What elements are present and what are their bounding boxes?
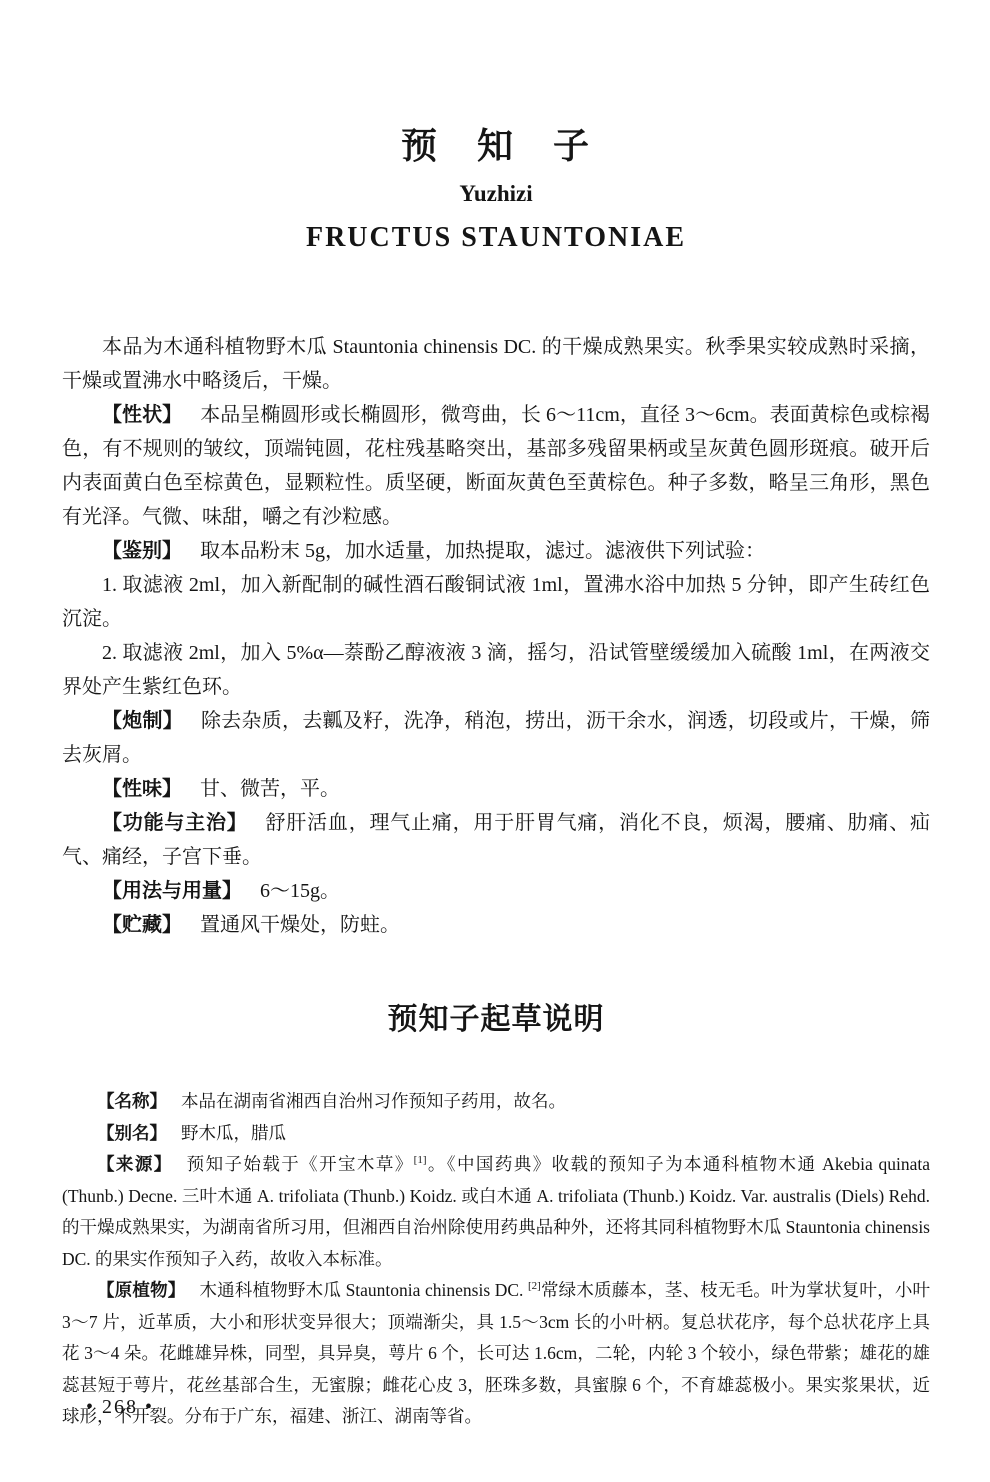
reference-superscript-1: [1] bbox=[414, 1154, 427, 1166]
section-label-xingwei: 【性味】 bbox=[102, 778, 182, 800]
para-gongneng: 【功能与主治】舒肝活血，理气止痛，用于肝胃气痛，消化不良，烦渴，腰痛、肋痛、疝气… bbox=[62, 806, 930, 874]
para-jianbie-item-1: 1. 取滤液 2ml，加入新配制的碱性酒石酸铜试液 1ml，置沸水浴中加热 5 … bbox=[62, 568, 930, 636]
section-label-paozhi: 【炮制】 bbox=[102, 710, 183, 732]
para-intro: 本品为木通科植物野木瓜 Stauntonia chinensis DC. 的干燥… bbox=[62, 330, 930, 398]
laiyuan-text-pre: 预知子始载于《开宝木草》 bbox=[187, 1154, 414, 1174]
section-label-bieming: 【别名】 bbox=[97, 1123, 167, 1143]
section-text-bieming: 野木瓜，腊瓜 bbox=[181, 1123, 286, 1143]
draft-notes-heading: 预知子起草说明 bbox=[62, 994, 930, 1038]
title-latin: FRUCTUS STAUNTONIAE bbox=[62, 222, 930, 254]
para-jianbie: 【鉴别】取本品粉末 5g，加水适量，加热提取，滤过。滤液供下列试验： bbox=[62, 534, 930, 568]
monograph-body: 本品为木通科植物野木瓜 Stauntonia chinensis DC. 的干燥… bbox=[62, 330, 930, 942]
section-label-gongneng: 【功能与主治】 bbox=[102, 812, 248, 834]
section-text-xingzhuang: 本品呈椭圆形或长椭圆形，微弯曲，长 6～11cm，直径 3～6cm。表面黄棕色或… bbox=[62, 404, 930, 528]
para-paozhi: 【炮制】除去杂质，去瓤及籽，洗净，稍泡，捞出，沥干余水，润透，切段或片，干燥，筛… bbox=[62, 704, 930, 772]
yuanzhiwu-text-post: 常绿木质藤本，茎、枝无毛。叶为掌状复叶，小叶 3～7 片，近革质，大小和形状变异… bbox=[62, 1280, 930, 1426]
para-xingwei: 【性味】甘、微苦，平。 bbox=[62, 772, 930, 806]
reference-superscript-2: [2] bbox=[528, 1280, 541, 1292]
section-text-xingwei: 甘、微苦，平。 bbox=[200, 778, 340, 800]
page-number: • 268 • bbox=[86, 1396, 154, 1419]
section-text-yongfa: 6～15g。 bbox=[260, 880, 340, 902]
section-label-xingzhuang: 【性状】 bbox=[102, 404, 182, 426]
page-title: 预 知 子 bbox=[62, 118, 930, 169]
section-text-jianbie: 取本品粉末 5g，加水适量，加热提取，滤过。滤液供下列试验： bbox=[200, 540, 765, 562]
section-text-paozhi: 除去杂质，去瓤及籽，洗净，稍泡，捞出，沥干余水，润透，切段或片，干燥，筛去灰屑。 bbox=[62, 710, 930, 766]
yuanzhiwu-text-pre: 木通科植物野木瓜 Stauntonia chinensis DC. bbox=[199, 1280, 527, 1300]
section-text-mingcheng: 本品在湖南省湘西自治州习作预知子药用，故名。 bbox=[181, 1091, 566, 1111]
section-label-laiyuan: 【来源】 bbox=[97, 1154, 173, 1174]
jianbie-item-2-text: 2. 取滤液 2ml，加入 5%α—萘酚乙醇液液 3 滴，摇匀，沿试管壁缓缓加入… bbox=[62, 642, 930, 698]
pharmacopoeia-page: 预 知 子 Yuzhizi FRUCTUS STAUNTONIAE 本品为木通科… bbox=[0, 0, 990, 1482]
para-laiyuan: 【来源】预知子始载于《开宝木草》[1]。《中国药典》收载的预知子为本通科植物木通… bbox=[62, 1149, 930, 1275]
section-text-zhucang: 置通风干燥处，防蛀。 bbox=[200, 914, 400, 936]
section-label-mingcheng: 【名称】 bbox=[97, 1091, 167, 1111]
para-yuanzhiwu: 【原植物】木通科植物野木瓜 Stauntonia chinensis DC. [… bbox=[62, 1275, 930, 1433]
section-label-zhucang: 【贮藏】 bbox=[102, 914, 182, 936]
draft-notes-body: 【名称】本品在湖南省湘西自治州习作预知子药用，故名。 【别名】野木瓜，腊瓜 【来… bbox=[62, 1086, 930, 1433]
section-label-yuanzhiwu: 【原植物】 bbox=[97, 1280, 185, 1300]
para-yongfa: 【用法与用量】6～15g。 bbox=[62, 874, 930, 908]
para-xingzhuang: 【性状】本品呈椭圆形或长椭圆形，微弯曲，长 6～11cm，直径 3～6cm。表面… bbox=[62, 398, 930, 534]
para-zhucang: 【贮藏】置通风干燥处，防蛀。 bbox=[62, 908, 930, 942]
para-jianbie-item-2: 2. 取滤液 2ml，加入 5%α—萘酚乙醇液液 3 滴，摇匀，沿试管壁缓缓加入… bbox=[62, 636, 930, 704]
section-label-yongfa: 【用法与用量】 bbox=[102, 880, 242, 902]
intro-text: 本品为木通科植物野木瓜 Stauntonia chinensis DC. 的干燥… bbox=[62, 336, 930, 392]
para-mingcheng: 【名称】本品在湖南省湘西自治州习作预知子药用，故名。 bbox=[62, 1086, 930, 1118]
section-label-jianbie: 【鉴别】 bbox=[102, 540, 182, 562]
jianbie-item-1-text: 1. 取滤液 2ml，加入新配制的碱性酒石酸铜试液 1ml，置沸水浴中加热 5 … bbox=[62, 574, 930, 630]
para-bieming: 【别名】野木瓜，腊瓜 bbox=[62, 1118, 930, 1150]
title-pinyin: Yuzhizi bbox=[62, 181, 930, 207]
